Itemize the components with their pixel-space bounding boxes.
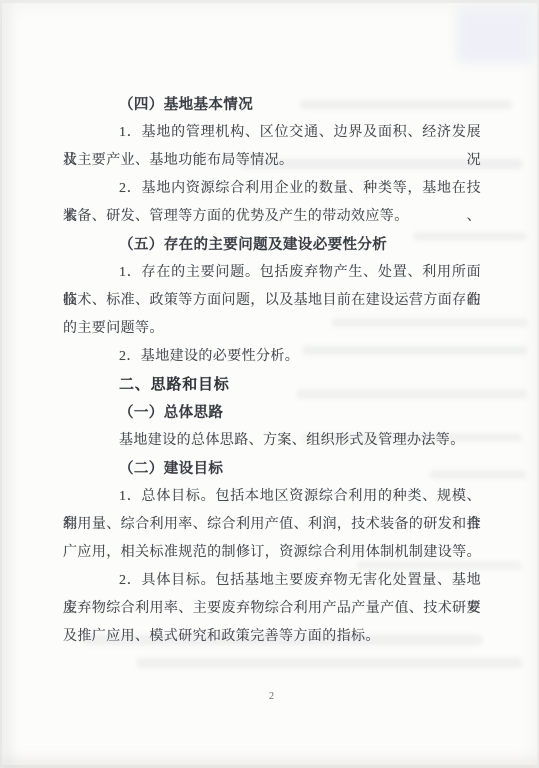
text-line: 基地建设的总体思路、方案、组织形式及管理办法等。 (63, 427, 481, 455)
section-heading-4: （四）基地基本情况 (63, 91, 481, 119)
numbered-item-line: 1．存在的主要问题。包括废弃物产生、处置、利用所面临的 (63, 259, 481, 287)
numbered-item-line: 2．基地建设的必要性分析。 (63, 343, 481, 371)
text-line: 及推广应用、模式研究和政策完善等方面的指标。 (63, 623, 481, 651)
scan-tint-artifact (457, 8, 532, 63)
text-line: 广应用，相关标准规范的制修订，资源综合利用体制机制建设等。 (63, 539, 481, 567)
text-line: 技术、标准、政策等方面问题，以及基地目前在建设运营方面存在 (63, 287, 481, 315)
page-edge-shadow (2, 3, 9, 768)
section-heading-1: （一）总体思路 (63, 399, 481, 427)
bleed-through-artifact (137, 658, 522, 668)
numbered-item-line: 2．基地内资源综合利用企业的数量、种类等，基地在技术、 (63, 175, 481, 203)
page-edge-shadow (2, 759, 539, 768)
document-page: （四）基地基本情况 1．基地的管理机构、区位交通、边界及面积、经济发展状况 及主… (2, 3, 537, 765)
page-number: 2 (2, 691, 539, 702)
numbered-item-line: 2．具体目标。包括基地主要废弃物无害化处置量、基地主要 (63, 567, 481, 595)
section-heading-5: （五）存在的主要问题及建设必要性分析 (63, 231, 481, 259)
scan-canvas: （四）基地基本情况 1．基地的管理机构、区位交通、边界及面积、经济发展状况 及主… (0, 0, 539, 768)
document-text-block: （四）基地基本情况 1．基地的管理机构、区位交通、边界及面积、经济发展状况 及主… (63, 91, 481, 651)
text-line: 废弃物综合利用率、主要废弃物综合利用产品产量产值、技术研发 (63, 595, 481, 623)
text-line: 利用量、综合利用率、综合利用产值、利润，技术装备的研发和推 (63, 511, 481, 539)
numbered-item-line: 1．基地的管理机构、区位交通、边界及面积、经济发展状况 (63, 119, 481, 147)
chapter-heading-2: 二、思路和目标 (63, 371, 481, 399)
section-heading-2: （二）建设目标 (63, 455, 481, 483)
numbered-item-line: 1．总体目标。包括本地区资源综合利用的种类、规模、综合 (63, 483, 481, 511)
text-line: 的主要问题等。 (63, 315, 481, 343)
